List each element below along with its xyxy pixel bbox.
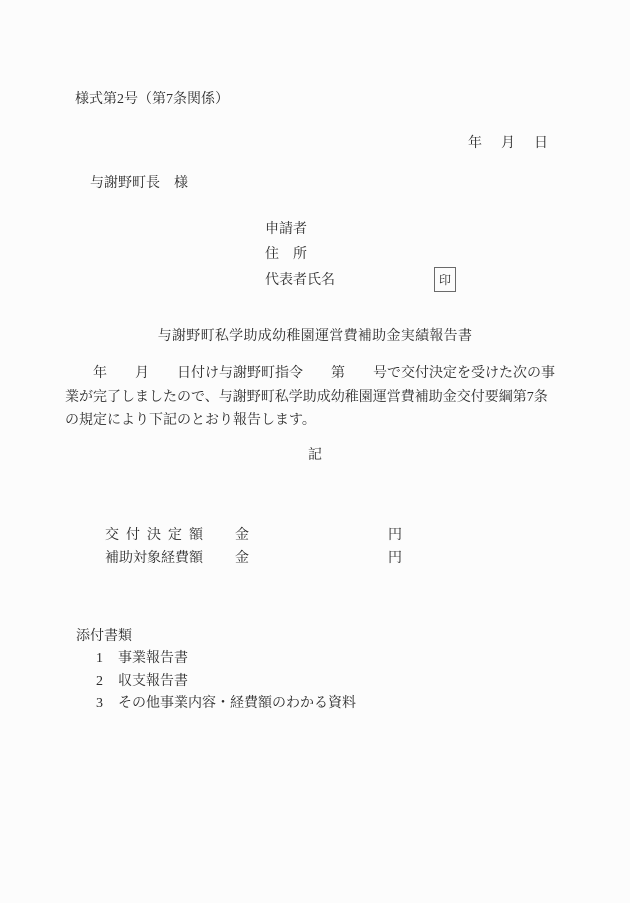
attachment-item-number: 2 [96, 673, 103, 690]
attachment-item-number: 1 [96, 650, 103, 667]
amount-unit-subsidy-target: 円 [388, 550, 402, 567]
body-paragraph-line-2: 業が完了しましたので、与謝野町私学助成幼稚園運営費補助金交付要綱第7条 [65, 389, 548, 406]
applicant-label: 申請者 [265, 221, 307, 238]
body-paragraph-line-3: の規定により下記のとおり報告します。 [65, 412, 316, 429]
ki-marker: 記 [0, 447, 630, 464]
attachment-item-text: 収支報告書 [118, 673, 188, 690]
attachment-item-text: その他事業内容・経費額のわかる資料 [118, 695, 356, 712]
attachment-item-number: 3 [96, 695, 103, 712]
seal-box: 印 [434, 267, 456, 292]
addressee: 与謝野町長 様 [90, 175, 188, 192]
amount-label-grant-decision: 交付決定額 [105, 527, 203, 544]
body-paragraph-line-1: 年 月 日付け与謝野町指令 第 号で交付決定を受けた次の事 [65, 365, 555, 382]
date-line: 年 月 日 [468, 135, 551, 152]
amount-unit-grant-decision: 円 [388, 527, 402, 544]
seal-mark: 印 [439, 274, 451, 286]
representative-name-label: 代表者氏名 [265, 272, 335, 289]
attachment-item-text: 事業報告書 [118, 650, 188, 667]
document-page: 様式第2号（第7条関係） 年 月 日 与謝野町長 様 申請者 住 所 代表者氏名… [0, 0, 630, 903]
attachments-heading: 添付書類 [76, 628, 132, 645]
amount-prefix-grant-decision: 金 [235, 527, 249, 544]
document-title: 与謝野町私学助成幼稚園運営費補助金実績報告書 [0, 328, 630, 345]
address-label: 住 所 [265, 246, 307, 263]
form-number: 様式第2号（第7条関係） [75, 91, 229, 108]
amount-label-subsidy-target: 補助対象経費額 [105, 550, 203, 567]
amount-prefix-subsidy-target: 金 [235, 550, 249, 567]
